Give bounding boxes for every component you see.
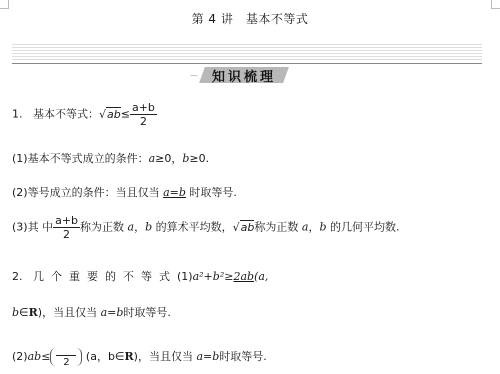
section-badge: ⁓ 知识梳理 — [198, 65, 290, 85]
fraction: a+b2 — [53, 214, 80, 241]
item-number: 2. — [12, 270, 23, 283]
page-title: 第 4 讲 基本不等式 — [0, 10, 500, 27]
badge-decoration-icon: ⁓ — [190, 71, 198, 80]
item-label: 几个重要的不等式 — [33, 270, 177, 283]
condition-1: (1)基本不等式成立的条件：a≥0，b≥0. — [12, 150, 209, 166]
page-corner-mark-right — [491, 0, 500, 9]
condition-2: (2)等号成立的条件：当且仅当 a=b 时取等号. — [12, 184, 237, 200]
relation: ≤ — [121, 108, 130, 121]
section-badge-label: 知识梳理 — [198, 66, 290, 85]
decorative-banner — [12, 42, 482, 62]
item-2-continued: b∈R)，当且仅当 a=b时取等号. — [12, 304, 171, 320]
answer-underlined: 2ab — [233, 270, 254, 283]
divider — [12, 63, 482, 64]
answer-underlined: a=b — [163, 186, 186, 199]
item-2-sub-2: (2)ab≤2 (a，b∈R)，当且仅当 a=b时取等号. — [12, 348, 267, 366]
fraction: a+b2 — [130, 101, 157, 128]
sqrt-expression: √ab — [99, 108, 121, 121]
page-corner-mark-left — [0, 0, 9, 9]
fill-in-blank: 2 — [50, 348, 82, 366]
condition-3: (3)其 中a+b2称为正数 a，b 的算术平均数，√ab称为正数 a，b 的几… — [12, 214, 400, 241]
item-1: 1. 基本不等式：√ab≤a+b2 — [12, 101, 157, 128]
sqrt-expression: √ab — [233, 221, 255, 234]
item-2: 2. 几个重要的不等式(1)a²+b²≥2ab(a, — [12, 268, 268, 284]
item-number: 1. — [12, 108, 23, 121]
item-label: 基本不等式： — [33, 108, 99, 121]
